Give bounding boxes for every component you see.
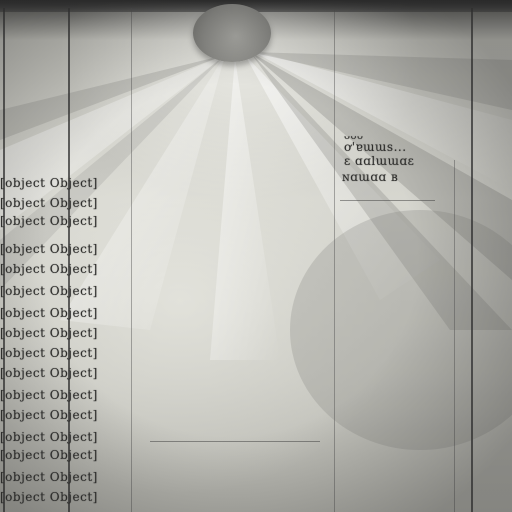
text-line: [object Object] (0, 470, 98, 484)
manuscript-page: ᴗᴗᴗ ơ'ɐɯɯs... ɛ ɑɑlɯɯɑɛ ɴɑɯɑɑ ʙ [object … (0, 0, 512, 512)
text-line: [object Object] (0, 408, 98, 422)
text-line: [object Object] (0, 242, 98, 256)
text-line: [object Object] (0, 326, 98, 340)
vertical-rule (454, 160, 455, 512)
text-line: [object Object] (0, 306, 98, 320)
vertical-rule (471, 8, 473, 512)
margin-note-line: ɛ ɑɑlɯɯɑɛ (344, 154, 414, 168)
text-line: [object Object] (0, 262, 98, 276)
text-line: [object Object] (0, 284, 98, 298)
text-line: [object Object] (0, 388, 98, 402)
text-line: [object Object] (0, 448, 98, 462)
sun-orb-icon (193, 4, 271, 62)
underline (150, 441, 320, 442)
text-line: [object Object] (0, 214, 98, 228)
vertical-rule (131, 8, 132, 512)
text-line: [object Object] (0, 346, 98, 360)
vertical-rule (334, 10, 335, 512)
text-line: [object Object] (0, 366, 98, 380)
text-line: [object Object] (0, 176, 98, 190)
text-line: [object Object] (0, 490, 98, 504)
text-line: [object Object] (0, 196, 98, 210)
margin-note-line: ơ'ɐɯɯs... (344, 140, 407, 154)
margin-underline (340, 200, 435, 201)
margin-note-line: ɴɑɯɑɑ ʙ (342, 170, 398, 184)
text-line: [object Object] (0, 430, 98, 444)
margin-note: ᴗᴗᴗ ơ'ɐɯɯs... ɛ ɑɑlɯɯɑɛ ɴɑɯɑɑ ʙ (338, 128, 438, 188)
